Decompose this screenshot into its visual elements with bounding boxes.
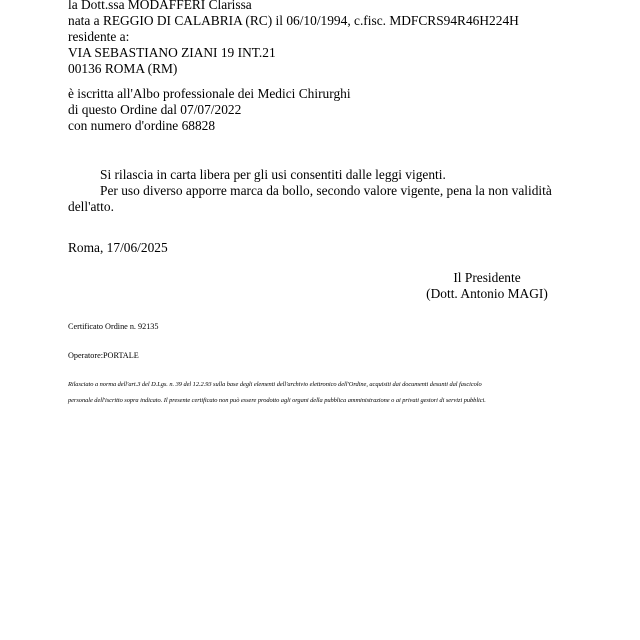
doctor-name-line: la Dott.ssa MODAFFERI Clarissa xyxy=(68,0,252,13)
certificate-number: Certificato Ordine n. 92135 xyxy=(68,322,159,332)
birth-info-line: nata a REGGIO DI CALABRIA (RC) il 06/10/… xyxy=(68,13,519,29)
address-city: 00136 ROMA (RM) xyxy=(68,61,177,77)
registration-date-line: di questo Ordine dal 07/07/2022 xyxy=(68,102,241,118)
address-street: VIA SEBASTIANO ZIANI 19 INT.21 xyxy=(68,45,276,61)
legal-note-line-2: personale dell'iscritto sopra indicato. … xyxy=(68,396,486,406)
signature-title: Il Presidente xyxy=(412,270,562,286)
residence-label: residente a: xyxy=(68,29,129,45)
certificate-page: la Dott.ssa MODAFFERI Clarissa nata a RE… xyxy=(0,0,640,640)
release-line-3: dell'atto. xyxy=(68,199,114,215)
place-date: Roma, 17/06/2025 xyxy=(68,240,168,256)
release-line-2: Per uso diverso apporre marca da bollo, … xyxy=(100,183,552,199)
legal-note-line-1: Rilasciato a norma dell'art.3 del D.Lgs.… xyxy=(68,380,482,390)
registration-number-line: con numero d'ordine 68828 xyxy=(68,118,215,134)
signature-name: (Dott. Antonio MAGI) xyxy=(412,286,562,302)
operator-label: Operatore:PORTALE xyxy=(68,351,139,361)
release-line-1: Si rilascia in carta libera per gli usi … xyxy=(100,167,446,183)
registration-line-1: è iscritta all'Albo professionale dei Me… xyxy=(68,86,351,102)
